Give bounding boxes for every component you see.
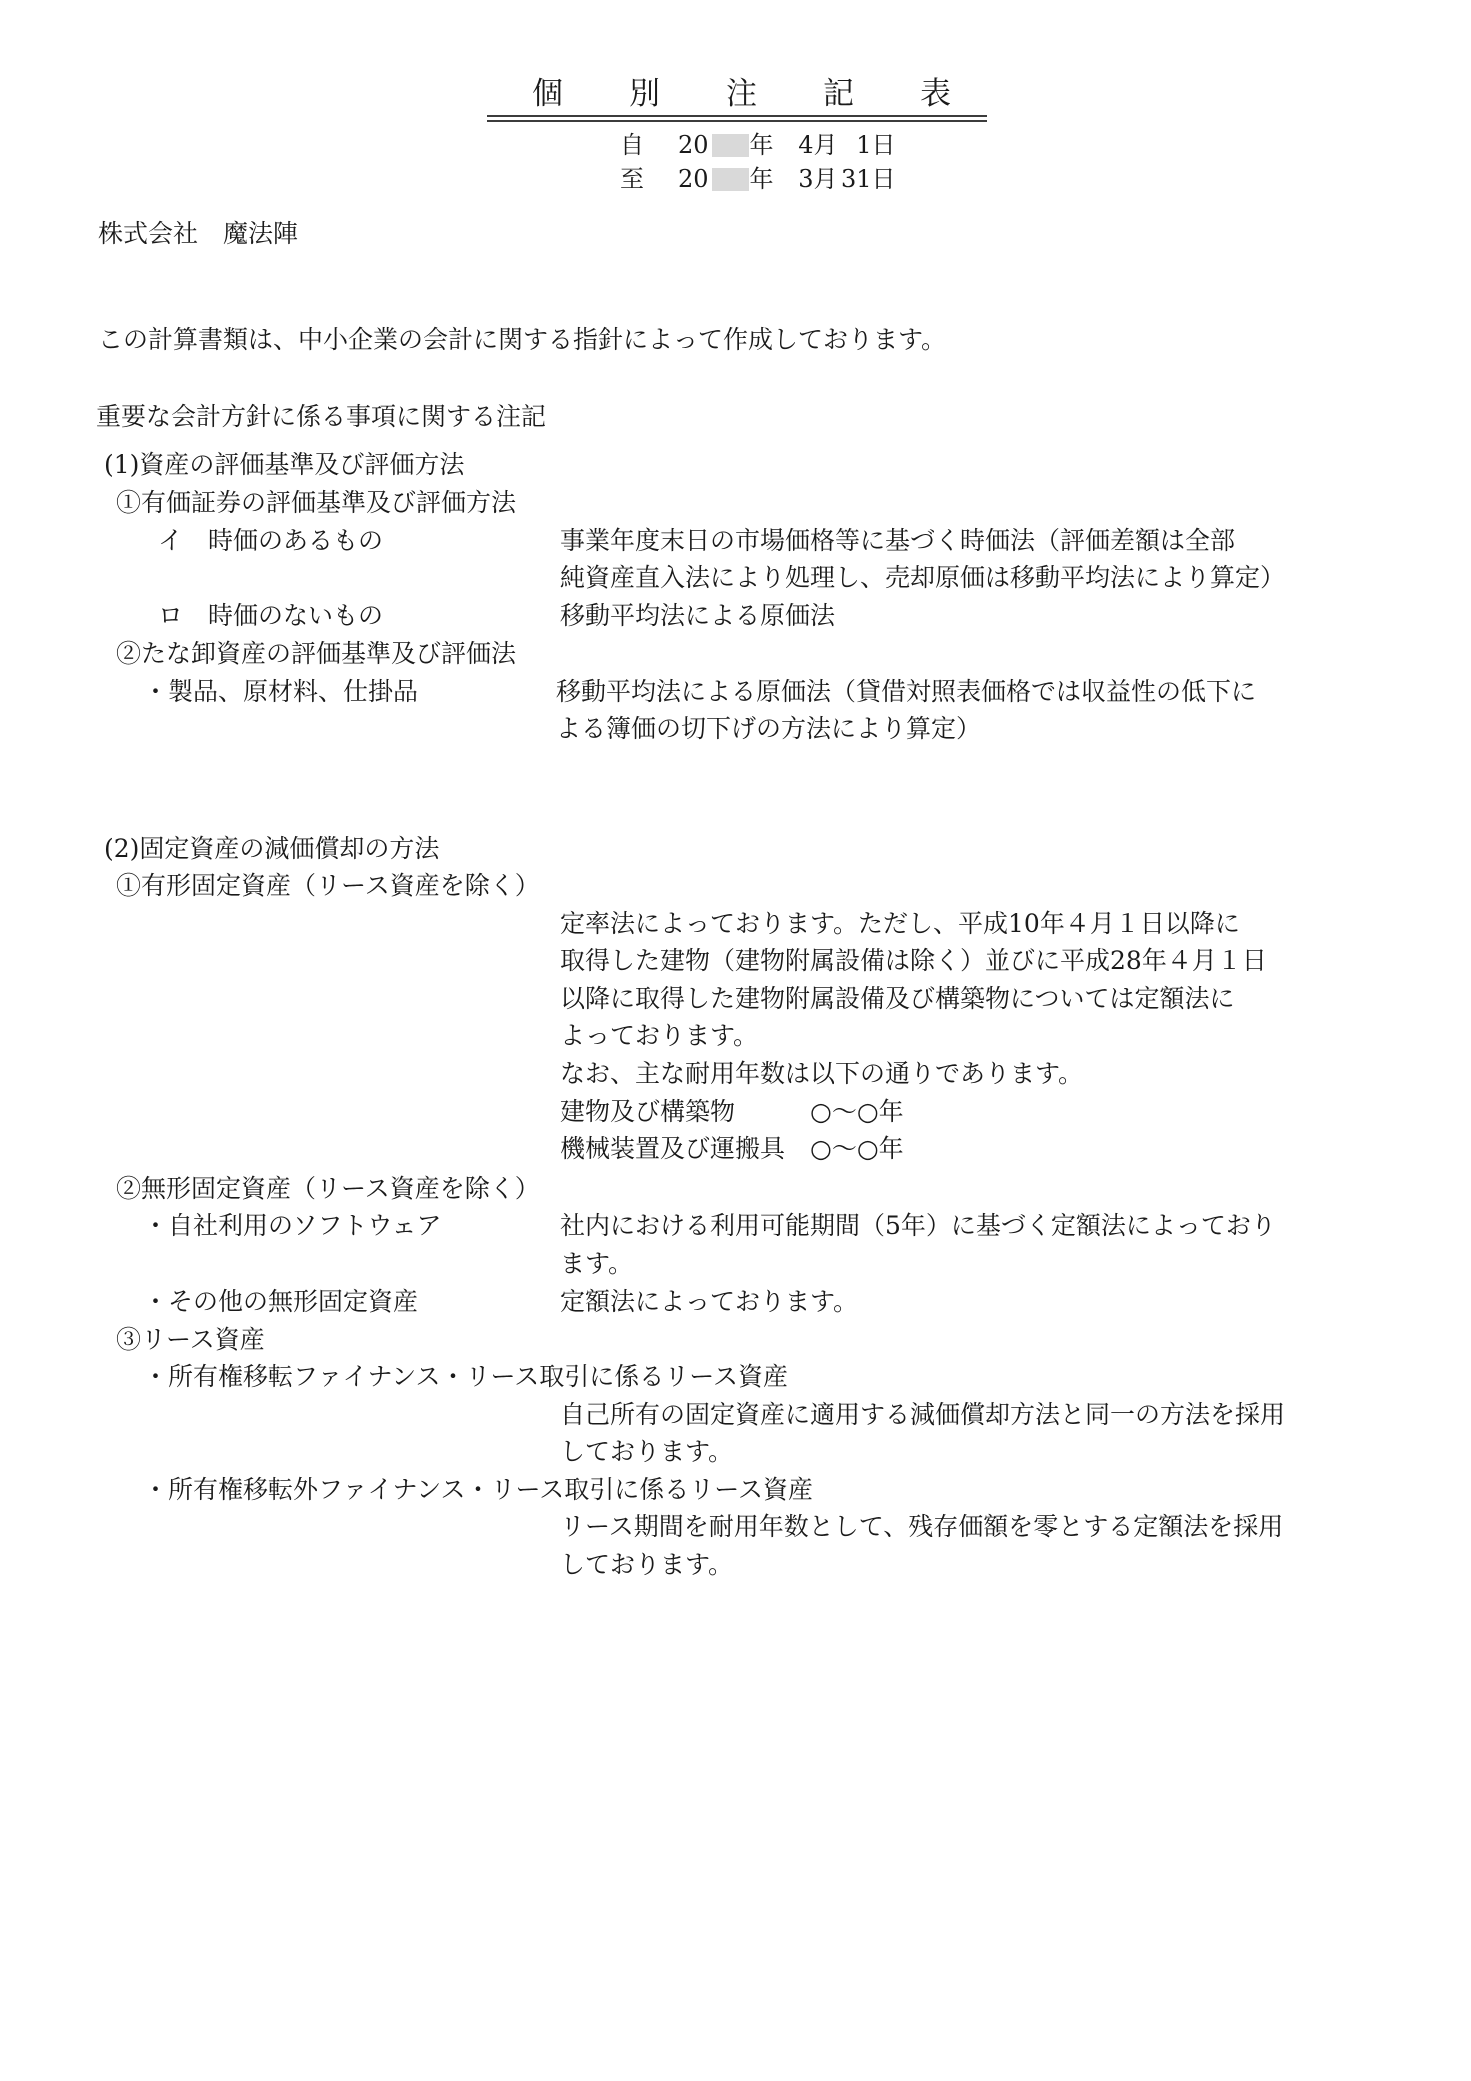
redacted-year-box xyxy=(712,134,749,157)
inventory-desc-line2: よる簿価の切下げの方法により算定） xyxy=(556,714,981,744)
period-to-year: 20 xyxy=(678,165,709,194)
section2-sub3-heading: ③リース資産 xyxy=(116,1325,265,1355)
other-intangible-label: ・その他の無形固定資産 xyxy=(143,1287,418,1317)
tangible-desc-line1: 定率法によっております。ただし、平成10年４月１日以降に xyxy=(560,909,1240,939)
lease-transfer-label: ・所有権移転ファイナンス・リース取引に係るリース資産 xyxy=(143,1362,788,1392)
period-to-label: 至 xyxy=(620,165,646,194)
redacted-year-box xyxy=(712,168,749,191)
inventory-desc-line1: 移動平均法による原価法（貸借対照表価格では収益性の低下に xyxy=(556,677,1256,707)
period-from-year: 20 xyxy=(678,131,709,160)
period-to-year-unit: 年 xyxy=(750,165,774,194)
lease-transfer-desc-line2: しております。 xyxy=(560,1437,733,1467)
period-from-day: 1日 xyxy=(838,131,896,160)
document-title: 個別注記表 xyxy=(532,76,1017,113)
period-to-day: 31日 xyxy=(838,165,896,194)
section2-sub2-heading: ②無形固定資産（リース資産を除く） xyxy=(116,1174,540,1204)
period-from-year-unit: 年 xyxy=(750,131,774,160)
software-desc-line1: 社内における利用可能期間（5年）に基づく定額法によっており xyxy=(560,1211,1276,1241)
securities-market-desc-line1: 事業年度末日の市場価格等に基づく時価法（評価差額は全部 xyxy=(560,526,1235,556)
lease-nontransfer-desc-line1: リース期間を耐用年数として、残存価額を零とする定額法を採用 xyxy=(560,1512,1283,1542)
document-page: 個別注記表 自 20 年 4月 1日 至 20 年 3月 31日 株式会社 魔法… xyxy=(0,0,1471,2081)
lease-nontransfer-label: ・所有権移転外ファイナンス・リース取引に係るリース資産 xyxy=(143,1475,813,1505)
section2-heading: (2)固定資産の減価償却の方法 xyxy=(104,834,439,864)
period-from-month: 4月 xyxy=(796,131,838,160)
securities-nonmarket-desc: 移動平均法による原価法 xyxy=(560,601,835,631)
section1-sub2-heading: ②たな卸資産の評価基準及び評価法 xyxy=(116,639,516,669)
software-item-label: ・自社利用のソフトウェア xyxy=(143,1211,442,1241)
company-name: 株式会社 魔法陣 xyxy=(98,219,298,249)
securities-market-label: イ 時価のあるもの xyxy=(158,526,383,556)
tangible-desc-line5: なお、主な耐用年数は以下の通りであります。 xyxy=(560,1059,1083,1089)
inventory-item-label: ・製品、原材料、仕掛品 xyxy=(143,677,418,707)
title-double-underline xyxy=(487,115,987,122)
section1-heading: (1)資産の評価基準及び評価方法 xyxy=(104,450,464,480)
securities-market-desc-line2: 純資産直入法により処理し、売却原価は移動平均法により算定） xyxy=(560,563,1285,593)
software-desc-line2: ます。 xyxy=(560,1249,633,1279)
tangible-desc-line3: 以降に取得した建物附属設備及び構築物については定額法に xyxy=(560,984,1235,1014)
lease-transfer-desc-line1: 自己所有の固定資産に適用する減価償却方法と同一の方法を採用 xyxy=(560,1400,1285,1430)
period-from-row: 自 20 年 4月 1日 xyxy=(620,131,896,160)
period-to-row: 至 20 年 3月 31日 xyxy=(620,165,896,194)
useful-life-row-machinery: 機械装置及び運搬具 ○～○年 xyxy=(560,1134,904,1164)
section2-sub1-heading: ①有形固定資産（リース資産を除く） xyxy=(116,871,540,901)
period-from-label: 自 xyxy=(620,131,646,160)
tangible-desc-line4: よっております。 xyxy=(560,1021,758,1051)
tangible-desc-line2: 取得した建物（建物附属設備は除く）並びに平成28年４月１日 xyxy=(560,946,1267,976)
intro-note: この計算書類は、中小企業の会計に関する指針によって作成しております。 xyxy=(98,325,946,355)
other-intangible-desc: 定額法によっております。 xyxy=(560,1287,858,1317)
useful-life-row-buildings: 建物及び構築物 ○～○年 xyxy=(560,1097,904,1127)
section1-sub1-heading: ①有価証券の評価基準及び評価方法 xyxy=(116,488,516,518)
period-to-month: 3月 xyxy=(796,165,838,194)
securities-nonmarket-label: ロ 時価のないもの xyxy=(158,601,383,631)
notes-heading: 重要な会計方針に係る事項に関する注記 xyxy=(96,402,546,432)
lease-nontransfer-desc-line2: しております。 xyxy=(560,1550,733,1580)
